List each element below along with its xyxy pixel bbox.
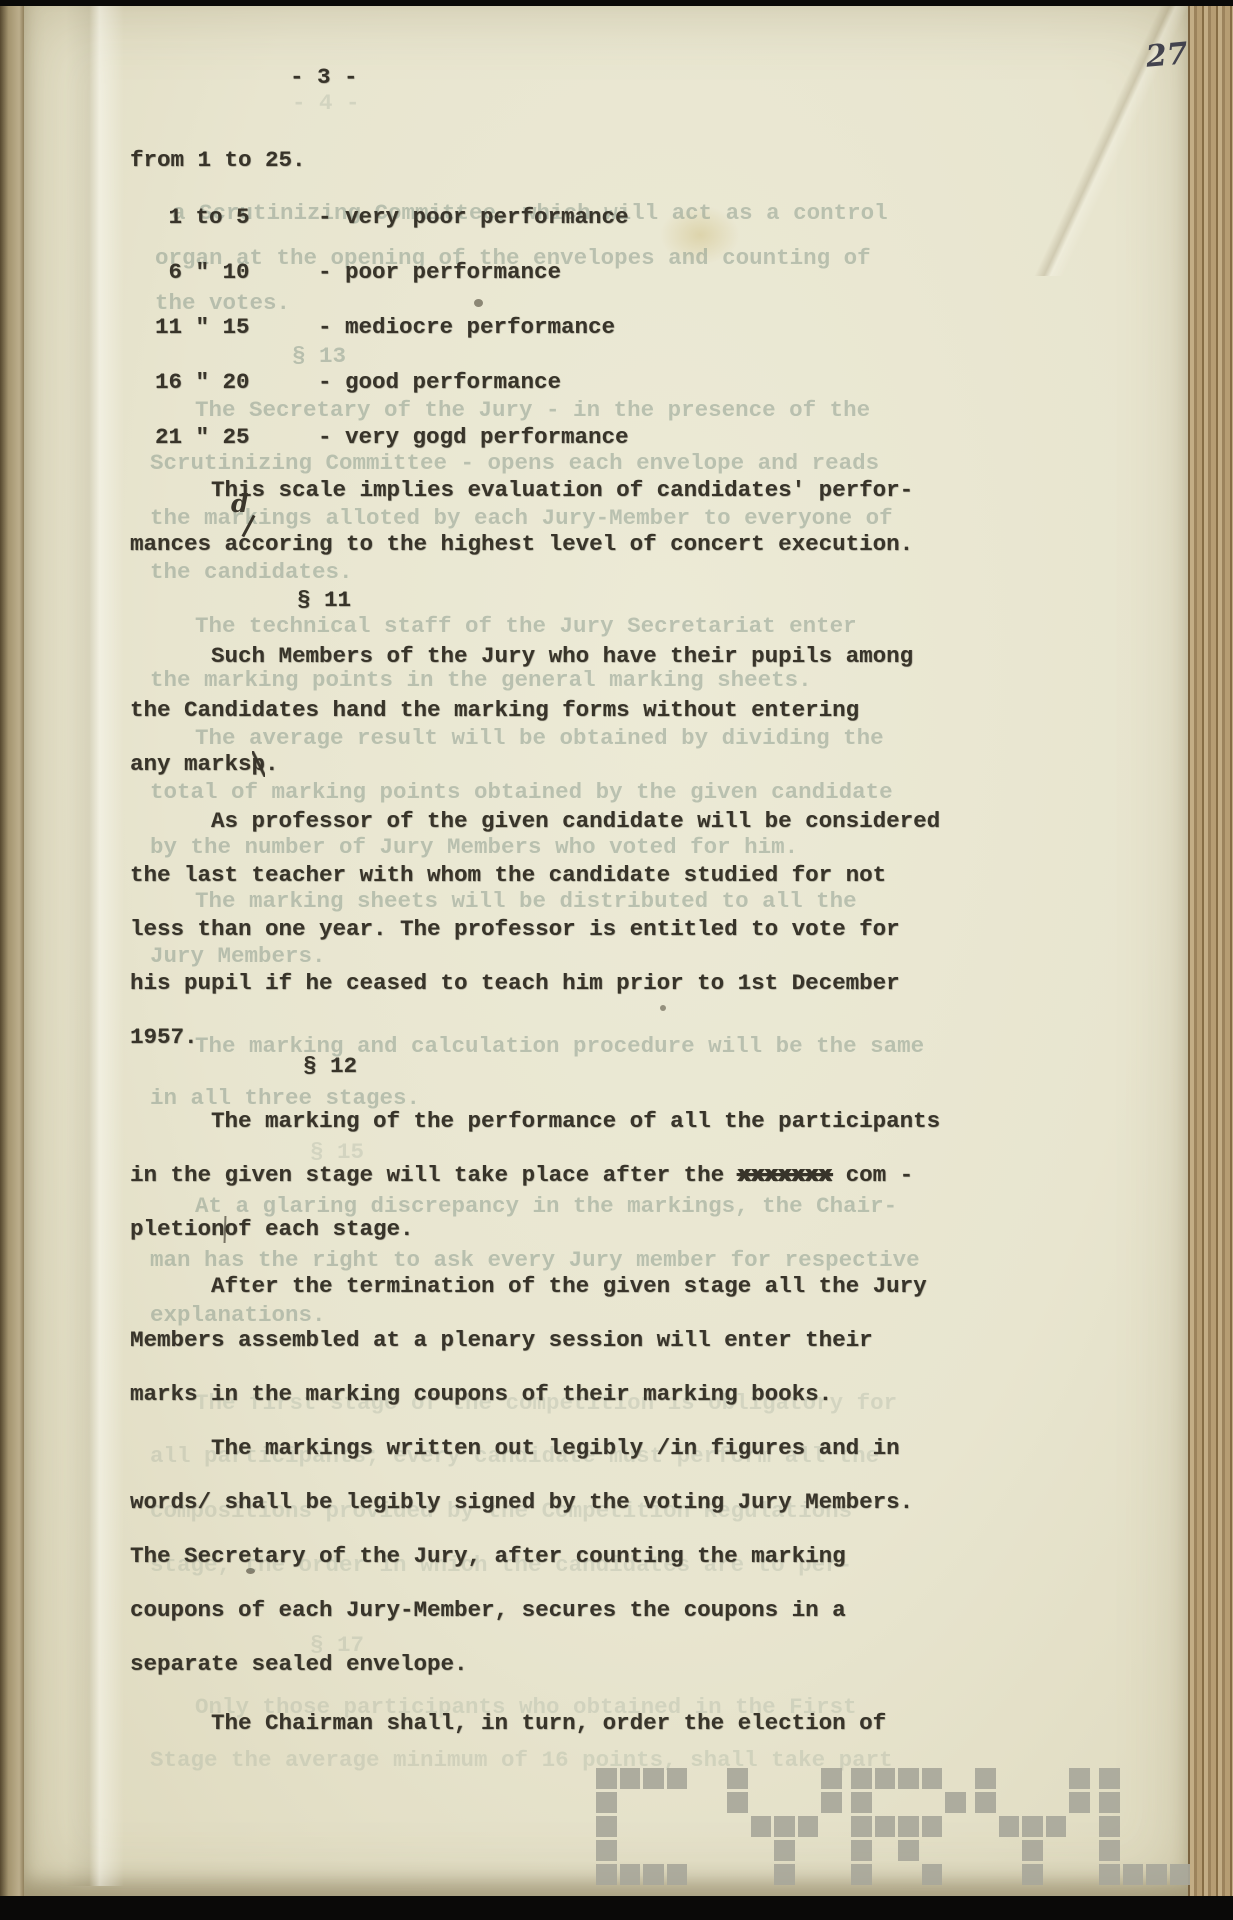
paragraph-professor-rule: As professor of the given candidate will… [130, 794, 990, 1064]
typed-line: This scale implies evaluation of candida… [130, 463, 990, 517]
typed-line: mances accoring to the highest level of … [130, 517, 990, 571]
watermark-pixel [1099, 1840, 1120, 1861]
watermark-pixel [1146, 1864, 1167, 1885]
typed-line: As professor of the given candidate will… [130, 794, 990, 848]
typed-line: any marksp. [130, 737, 990, 791]
watermark-pixel [922, 1864, 943, 1885]
watermark-pixel [1022, 1840, 1043, 1861]
watermark-pixel [1099, 1768, 1120, 1789]
watermark-pixel [851, 1768, 872, 1789]
scale-row: 1 to 5- very poor performance [155, 190, 1015, 245]
watermark-pixel [875, 1768, 896, 1789]
watermark-pixel [851, 1792, 872, 1813]
scale-row: 6 " 10- poor performance [155, 245, 1015, 300]
intro-paragraph: from 1 to 25. [130, 133, 990, 187]
typed-line: The marking of the performance of all th… [130, 1094, 990, 1148]
watermark-pixel [643, 1768, 664, 1789]
watermark-pixel [851, 1840, 872, 1861]
scale-range: 16 " 20 [155, 369, 250, 395]
scale-row: 21 " 25- very gogd performance [155, 410, 1015, 465]
watermark-pixel [922, 1816, 943, 1837]
watermark-pixel [667, 1864, 688, 1885]
scale-label: - very gogd performance [318, 410, 629, 465]
watermark-pixel [898, 1768, 919, 1789]
typed-line: Members assembled at a plenary session w… [130, 1313, 990, 1367]
watermark-pixel [727, 1792, 748, 1813]
marking-scale-list: 1 to 5- very poor performance 6 " 10- po… [155, 190, 1015, 465]
scale-label: - mediocre performance [318, 300, 615, 355]
watermark-pixel [1022, 1816, 1043, 1837]
scanner-edge-bottom [0, 1896, 1233, 1920]
watermark-pixel [975, 1792, 996, 1813]
watermark-pixel [922, 1768, 943, 1789]
watermark-pixel [1069, 1792, 1090, 1813]
watermark-pixel [875, 1816, 896, 1837]
watermark-pixel [751, 1816, 772, 1837]
typed-line: The Chairman shall, in turn, order the e… [130, 1696, 990, 1750]
watermark-pixel [945, 1792, 966, 1813]
watermark-pixel [1123, 1864, 1144, 1885]
watermark-pixel [1046, 1816, 1067, 1837]
watermark-pixel [596, 1840, 617, 1861]
watermark-pixel [667, 1768, 688, 1789]
watermark-pixel [999, 1816, 1020, 1837]
watermark-pixel [1099, 1792, 1120, 1813]
scale-range: 6 " 10 [155, 259, 250, 285]
watermark-pixel [1170, 1864, 1191, 1885]
watermark-pixel [596, 1816, 617, 1837]
document-content: - 4 -a Scrutinizing Committee, which wil… [0, 0, 1233, 1920]
typed-line: The Secretary of the Jury, after countin… [130, 1529, 990, 1583]
scale-range: 1 to 5 [155, 204, 250, 230]
watermark-pixel [798, 1816, 819, 1837]
watermark-pixel [774, 1816, 795, 1837]
typed-line: After the termination of the given stage… [130, 1259, 990, 1313]
watermark-pixel [851, 1816, 872, 1837]
watermark-pixel [898, 1840, 919, 1861]
watermark-pixel [596, 1768, 617, 1789]
watermark-pixel [821, 1768, 842, 1789]
scale-label: - poor performance [318, 245, 561, 300]
scanned-document-page: - 4 -a Scrutinizing Committee, which wil… [0, 0, 1233, 1920]
typed-line: coupons of each Jury-Member, secures the… [130, 1583, 990, 1637]
struck-out-text: xxxxxxx [738, 1162, 833, 1188]
watermark-pixel [774, 1840, 795, 1861]
watermark-pixel [898, 1816, 919, 1837]
typed-line: the last teacher with whom the candidate… [130, 848, 990, 902]
typed-line: 1957. [130, 1010, 990, 1064]
watermark-pixel [975, 1768, 996, 1789]
watermark-pixel [1022, 1864, 1043, 1885]
watermark-pixel [596, 1792, 617, 1813]
typed-line: Such Members of the Jury who have their … [130, 629, 990, 683]
watermark-pixel [596, 1864, 617, 1885]
watermark-pixel [620, 1864, 641, 1885]
typed-line: less than one year. The professor is ent… [130, 902, 990, 956]
paragraph-jury-pupils: Such Members of the Jury who have their … [130, 629, 990, 791]
typed-line: separate sealed envelope. [130, 1637, 990, 1691]
watermark-pixel [1099, 1864, 1120, 1885]
watermark-pixel [1099, 1816, 1120, 1837]
typed-line: the Candidates hand the marking forms wi… [130, 683, 990, 737]
watermark-pixel [774, 1864, 795, 1885]
section-heading-11: § 11 [297, 573, 351, 627]
paragraph-marking-procedure: The marking of the performance of all th… [130, 1094, 990, 1256]
section-heading-12: § 12 [303, 1039, 357, 1093]
page-number: - 3 - [290, 50, 358, 104]
struck-out-text: p [252, 751, 266, 777]
watermark-pixel [727, 1768, 748, 1789]
typed-line: in the given stage will take place after… [130, 1148, 990, 1202]
paragraph-signed-markings: The markings written out legibly /in fig… [130, 1421, 990, 1691]
watermark-pixel [851, 1864, 872, 1885]
watermark-pixel [643, 1864, 664, 1885]
paragraph-chairman: The Chairman shall, in turn, order the e… [130, 1696, 990, 1750]
typed-line: from 1 to 25. [130, 133, 990, 187]
scale-label: - good performance [318, 355, 561, 410]
scale-row: 11 " 15- mediocre performance [155, 300, 1015, 355]
scale-range: 21 " 25 [155, 424, 250, 450]
typed-line: words/ shall be legibly signed by the vo… [130, 1475, 990, 1529]
typed-line: his pupil if he ceased to teach him prio… [130, 956, 990, 1010]
paragraph-plenary-session: After the termination of the given stage… [130, 1259, 990, 1421]
handwritten-folio-number: 27 [1145, 36, 1190, 75]
handwritten-correction-letter: d [231, 490, 248, 518]
typed-line: marks in the marking coupons of their ma… [130, 1367, 990, 1421]
typed-line: pletionof each stage. [130, 1202, 990, 1256]
scanner-edge-top [0, 0, 1233, 6]
watermark-pixel [620, 1768, 641, 1789]
watermark-pixel [1069, 1768, 1090, 1789]
typed-line: The markings written out legibly /in fig… [130, 1421, 990, 1475]
scale-range: 11 " 15 [155, 314, 250, 340]
watermark-pixel [821, 1792, 842, 1813]
scale-row: 16 " 20- good performance [155, 355, 1015, 410]
paragraph-scale-note: This scale implies evaluation of candida… [130, 463, 990, 571]
scale-label: - very poor performance [318, 190, 629, 245]
